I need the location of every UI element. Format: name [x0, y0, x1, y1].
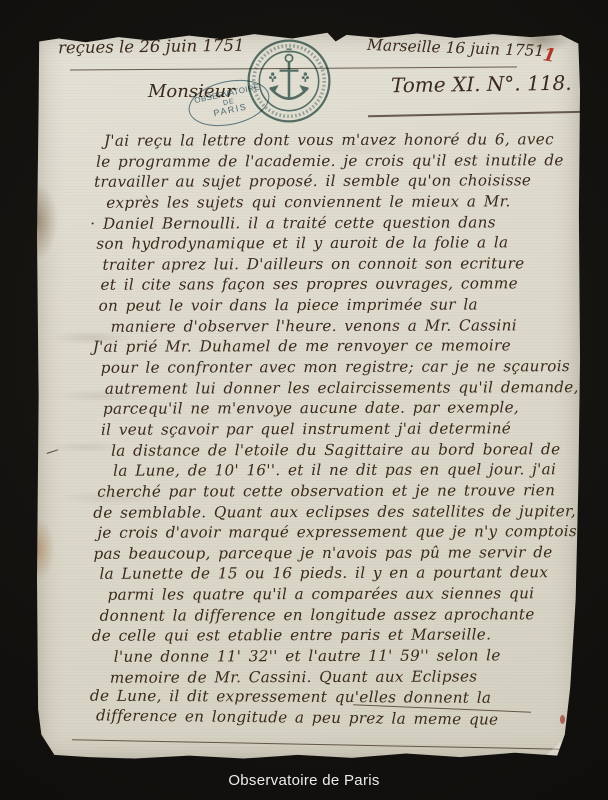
letter-line: et il cite sans façon ses propres ouvrag… — [100, 275, 578, 297]
folio-number-red: 1 — [541, 44, 557, 67]
letter-line: pour le confronter avec mon registre; ca… — [101, 357, 579, 379]
caption-label: Observatoire de Paris — [0, 772, 608, 789]
anchor-seal-stamp-icon — [246, 38, 332, 124]
letter-line: parmi les quatre qu'il a comparées aux s… — [108, 584, 580, 606]
underline-tome — [368, 111, 584, 117]
letter-line: J'ai prié Mr. Duhamel de me renvoyer ce … — [93, 337, 579, 359]
letter-line: maniere d'observer l'heure. venons a Mr.… — [111, 316, 579, 338]
letter-line: la Lune, de 10' 16''. et il ne dit pas e… — [113, 460, 579, 482]
letter-line: J'ai reçu la lettre dont vous m'avez hon… — [104, 130, 578, 152]
letter-line: exprès les sujets qui conviennent le mie… — [106, 192, 578, 214]
letter-line: · Daniel Bernoulli. il a traité cette qu… — [90, 213, 578, 235]
letter-line: il veut sçavoir par quel instrument j'ai… — [101, 419, 579, 441]
oval-stamp-text-3: PARIS — [213, 103, 249, 119]
place-date-note: Marseille 16 juin 1751 — [367, 36, 545, 60]
letter-line: parcequ'il ne m'envoye aucune date. par … — [103, 398, 579, 420]
underline-flourish-lastline — [72, 739, 562, 750]
ink-spot — [560, 715, 565, 724]
letter-line: de celle qui est etablie entre paris et … — [92, 625, 580, 647]
photo-background: reçues le 26 juin 1751 Marseille 16 juin… — [0, 0, 608, 800]
letter-body: J'ai reçu la lettre dont vous m'avez hon… — [66, 130, 580, 730]
letter-line: l'une donne 11' 32'' et l'autre 11' 59''… — [114, 646, 580, 668]
letter-line: memoire de Mr. Cassini. Quant aux Eclips… — [110, 667, 580, 689]
manuscript-paper: reçues le 26 juin 1751 Marseille 16 juin… — [37, 32, 580, 760]
margin-dash-mark: — — [44, 442, 61, 460]
letter-line: la Lunette de 15 ou 16 pieds. il y en a … — [99, 564, 579, 586]
letter-line: le programme de l'academie. je crois qu'… — [96, 151, 578, 173]
received-note: reçues le 26 juin 1751 — [58, 36, 245, 58]
letter-line: la distance de l'etoile du Sagittaire au… — [111, 440, 579, 462]
letter-line: pas beaucoup, parceque je n'avois pas pû… — [93, 543, 579, 565]
letter-line: traiter aprez lui. D'ailleurs on connoit… — [102, 254, 578, 276]
letter-line: donnent la difference en longitude assez… — [100, 605, 580, 627]
letter-line: cherché par tout cette observation et je… — [97, 481, 579, 503]
letter-line: son hydrodynamique et il y auroit de la … — [96, 233, 578, 255]
letter-line: travailler au sujet proposé. il semble q… — [94, 171, 578, 193]
paper-corner-fold — [546, 736, 565, 758]
letter-line: on peut le voir dans la piece imprimée s… — [99, 295, 579, 317]
letter-line: autrement lui donner les eclaircissement… — [105, 378, 579, 400]
letter-line: je crois d'avoir marqué expressement que… — [97, 522, 579, 544]
letter-line: de semblable. Quant aux eclipses des sat… — [93, 502, 579, 524]
tome-reference: Tome XI. N°. 118. — [391, 71, 572, 98]
